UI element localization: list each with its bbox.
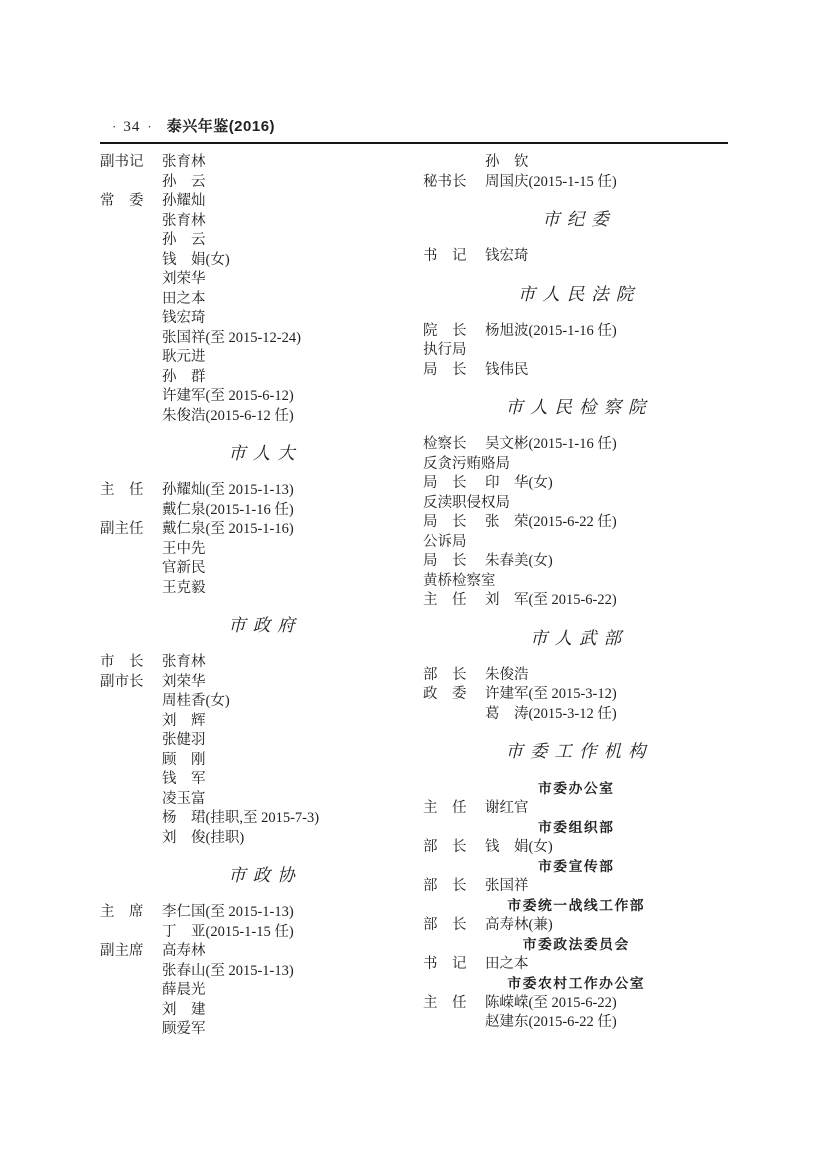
position-label: 政 委	[423, 685, 485, 705]
person-name: 薛晨光	[162, 981, 423, 1001]
officer-row: 副主任戴仁泉(至 2015-1-16)	[100, 520, 423, 540]
page-content: · 34 · 泰兴年鉴(2016) 副书记张育林孙 云常 委孙耀灿张育林孙 云钱…	[100, 117, 728, 1040]
position-label	[100, 173, 162, 193]
officer-row: 杨 珺(挂职,至 2015-7-3)	[100, 809, 423, 829]
officer-row: 孙 云	[100, 173, 423, 193]
officer-row: 钱 娟(女)	[100, 251, 423, 271]
position-label: 常 委	[100, 192, 162, 212]
position-label: 部 长	[423, 877, 485, 897]
person-name: 印 华(女)	[485, 474, 728, 494]
person-name: 钱宏琦	[162, 309, 423, 329]
officer-row: 刘 建	[100, 1001, 423, 1021]
officer-row: 官新民	[100, 559, 423, 579]
officer-row: 张国祥(至 2015-12-24)	[100, 329, 423, 349]
position-label: 副主任	[100, 520, 162, 540]
section-heading: 市政府	[100, 612, 423, 638]
position-label: 局 长	[423, 474, 485, 494]
person-name: 张育林	[162, 653, 423, 673]
position-label	[100, 751, 162, 771]
yearbook-page: · 34 · 泰兴年鉴(2016) 副书记张育林孙 云常 委孙耀灿张育林孙 云钱…	[0, 0, 826, 1169]
person-name: 谢红官	[485, 799, 728, 819]
position-label: 书 记	[423, 247, 485, 267]
position-label	[100, 809, 162, 829]
position-label	[100, 270, 162, 290]
officer-row: 凌玉富	[100, 790, 423, 810]
position-label	[100, 962, 162, 982]
officer-row: 朱俊浩(2015-6-12 任)	[100, 407, 423, 427]
position-label	[100, 501, 162, 521]
person-name: 吴文彬(2015-1-16 任)	[485, 435, 728, 455]
officer-row: 政 委许建军(至 2015-3-12)	[423, 685, 728, 705]
officer-row: 王中先	[100, 540, 423, 560]
person-name: 孙耀灿(至 2015-1-13)	[162, 481, 423, 501]
position-label: 副市长	[100, 673, 162, 693]
officer-row: 钱 军	[100, 770, 423, 790]
position-label	[100, 407, 162, 427]
page-number-dot-right: ·	[140, 117, 158, 137]
position-label	[100, 540, 162, 560]
person-name: 田之本	[162, 290, 423, 310]
officer-row: 主 任孙耀灿(至 2015-1-13)	[100, 481, 423, 501]
org-name-line: 反渎职侵权局	[423, 494, 728, 514]
person-name: 王中先	[162, 540, 423, 560]
position-label	[100, 1001, 162, 1021]
person-name: 刘荣华	[162, 270, 423, 290]
officer-row: 丁 亚(2015-1-15 任)	[100, 923, 423, 943]
officer-row: 赵建东(2015-6-22 任)	[423, 1013, 728, 1033]
person-name: 陈嵘嵘(至 2015-6-22)	[485, 994, 728, 1014]
person-name: 钱宏琦	[485, 247, 728, 267]
officer-row: 书 记钱宏琦	[423, 247, 728, 267]
position-label: 主 席	[100, 903, 162, 923]
person-name: 张国祥	[485, 877, 728, 897]
person-name: 周桂香(女)	[162, 692, 423, 712]
person-name: 许建军(至 2015-3-12)	[485, 685, 728, 705]
org-subheading: 市委组织部	[423, 818, 728, 838]
section-heading: 市人武部	[423, 625, 728, 651]
person-name: 高寿林	[162, 942, 423, 962]
position-label	[100, 829, 162, 849]
person-name: 王克毅	[162, 579, 423, 599]
person-name: 丁 亚(2015-1-15 任)	[162, 923, 423, 943]
position-label	[100, 923, 162, 943]
person-name: 戴仁泉(至 2015-1-16)	[162, 520, 423, 540]
position-label	[100, 692, 162, 712]
person-name: 钱伟民	[485, 361, 728, 381]
position-label	[423, 153, 485, 173]
position-label	[100, 559, 162, 579]
person-name: 朱俊浩	[485, 666, 728, 686]
position-label	[423, 705, 485, 725]
person-name: 赵建东(2015-6-22 任)	[485, 1013, 728, 1033]
officer-row: 局 长朱春美(女)	[423, 552, 728, 572]
officer-row: 孙 云	[100, 231, 423, 251]
position-label	[100, 231, 162, 251]
org-name-line: 黄桥检察室	[423, 572, 728, 592]
person-name: 官新民	[162, 559, 423, 579]
section-heading: 市政协	[100, 862, 423, 888]
page-number: 34	[123, 117, 140, 137]
position-label	[100, 790, 162, 810]
position-label	[100, 770, 162, 790]
officer-row: 周桂香(女)	[100, 692, 423, 712]
person-name: 刘荣华	[162, 673, 423, 693]
person-name: 朱春美(女)	[485, 552, 728, 572]
person-name: 葛 涛(2015-3-12 任)	[485, 705, 728, 725]
position-label: 主 任	[423, 994, 485, 1014]
two-column-body: 副书记张育林孙 云常 委孙耀灿张育林孙 云钱 娟(女)刘荣华田之本钱宏琦张国祥(…	[100, 153, 728, 1040]
org-subheading: 市委农村工作办公室	[423, 974, 728, 994]
position-label: 部 长	[423, 838, 485, 858]
officer-row: 主 任陈嵘嵘(至 2015-6-22)	[423, 994, 728, 1014]
person-name: 顾 刚	[162, 751, 423, 771]
officer-row: 耿元进	[100, 348, 423, 368]
officer-row: 钱宏琦	[100, 309, 423, 329]
person-name: 许建军(至 2015-6-12)	[162, 387, 423, 407]
person-name: 张 荣(2015-6-22 任)	[485, 513, 728, 533]
officer-row: 副市长刘荣华	[100, 673, 423, 693]
position-label: 副书记	[100, 153, 162, 173]
person-name: 钱 军	[162, 770, 423, 790]
person-name: 孙 钦	[485, 153, 728, 173]
position-label	[100, 712, 162, 732]
position-label: 主 任	[423, 799, 485, 819]
left-column: 副书记张育林孙 云常 委孙耀灿张育林孙 云钱 娟(女)刘荣华田之本钱宏琦张国祥(…	[100, 153, 423, 1040]
person-name: 顾爱军	[162, 1020, 423, 1040]
officer-row: 部 长钱 娟(女)	[423, 838, 728, 858]
officer-row: 刘 辉	[100, 712, 423, 732]
person-name: 孙 云	[162, 173, 423, 193]
officer-row: 主 席李仁国(至 2015-1-13)	[100, 903, 423, 923]
officer-row: 葛 涛(2015-3-12 任)	[423, 705, 728, 725]
person-name: 田之本	[485, 955, 728, 975]
person-name: 刘 俊(挂职)	[162, 829, 423, 849]
position-label	[100, 329, 162, 349]
officer-row: 秘书长周国庆(2015-1-15 任)	[423, 173, 728, 193]
officer-row: 院 长杨旭波(2015-1-16 任)	[423, 322, 728, 342]
section-heading: 市人大	[100, 440, 423, 466]
officer-row: 常 委孙耀灿	[100, 192, 423, 212]
org-name-line: 反贪污贿赂局	[423, 455, 728, 475]
position-label	[100, 981, 162, 1001]
person-name: 戴仁泉(2015-1-16 任)	[162, 501, 423, 521]
person-name: 孙 群	[162, 368, 423, 388]
position-label: 局 长	[423, 513, 485, 533]
org-name-line: 执行局	[423, 341, 728, 361]
officer-row: 顾爱军	[100, 1020, 423, 1040]
person-name: 张育林	[162, 212, 423, 232]
officer-row: 书 记田之本	[423, 955, 728, 975]
officer-row: 孙 钦	[423, 153, 728, 173]
position-label: 秘书长	[423, 173, 485, 193]
person-name: 杨 珺(挂职,至 2015-7-3)	[162, 809, 423, 829]
position-label: 副主席	[100, 942, 162, 962]
person-name: 刘 辉	[162, 712, 423, 732]
position-label	[100, 251, 162, 271]
officer-row: 田之本	[100, 290, 423, 310]
officer-row: 市 长张育林	[100, 653, 423, 673]
position-label: 部 长	[423, 666, 485, 686]
position-label	[100, 387, 162, 407]
org-subheading: 市委办公室	[423, 779, 728, 799]
officer-row: 许建军(至 2015-6-12)	[100, 387, 423, 407]
position-label: 主 任	[100, 481, 162, 501]
officer-row: 薛晨光	[100, 981, 423, 1001]
section-heading: 市人民法院	[423, 281, 728, 307]
person-name: 刘 建	[162, 1001, 423, 1021]
org-subheading: 市委政法委员会	[423, 935, 728, 955]
person-name: 钱 娟(女)	[485, 838, 728, 858]
org-subheading: 市委统一战线工作部	[423, 896, 728, 916]
position-label	[100, 348, 162, 368]
officer-row: 局 长钱伟民	[423, 361, 728, 381]
officer-row: 副书记张育林	[100, 153, 423, 173]
officer-row: 部 长张国祥	[423, 877, 728, 897]
position-label: 书 记	[423, 955, 485, 975]
officer-row: 局 长印 华(女)	[423, 474, 728, 494]
person-name: 杨旭波(2015-1-16 任)	[485, 322, 728, 342]
position-label	[100, 309, 162, 329]
position-label: 市 长	[100, 653, 162, 673]
book-title: 泰兴年鉴(2016)	[167, 117, 275, 137]
position-label	[100, 212, 162, 232]
officer-row: 刘 俊(挂职)	[100, 829, 423, 849]
officer-row: 部 长高寿林(兼)	[423, 916, 728, 936]
position-label: 局 长	[423, 361, 485, 381]
position-label	[100, 731, 162, 751]
officer-row: 主 任刘 军(至 2015-6-22)	[423, 591, 728, 611]
person-name: 耿元进	[162, 348, 423, 368]
position-label: 局 长	[423, 552, 485, 572]
person-name: 孙耀灿	[162, 192, 423, 212]
officer-row: 孙 群	[100, 368, 423, 388]
person-name: 钱 娟(女)	[162, 251, 423, 271]
running-header: · 34 · 泰兴年鉴(2016)	[100, 117, 728, 137]
org-name-line: 公诉局	[423, 533, 728, 553]
officer-row: 部 长朱俊浩	[423, 666, 728, 686]
position-label: 院 长	[423, 322, 485, 342]
officer-row: 顾 刚	[100, 751, 423, 771]
position-label: 部 长	[423, 916, 485, 936]
person-name: 周国庆(2015-1-15 任)	[485, 173, 728, 193]
position-label: 检察长	[423, 435, 485, 455]
right-column: 孙 钦秘书长周国庆(2015-1-15 任)市纪委书 记钱宏琦市人民法院院 长杨…	[423, 153, 728, 1040]
person-name: 李仁国(至 2015-1-13)	[162, 903, 423, 923]
officer-row: 张春山(至 2015-1-13)	[100, 962, 423, 982]
position-label	[100, 368, 162, 388]
officer-row: 张育林	[100, 212, 423, 232]
officer-row: 刘荣华	[100, 270, 423, 290]
position-label	[100, 579, 162, 599]
section-heading: 市人民检察院	[423, 394, 728, 420]
person-name: 张育林	[162, 153, 423, 173]
person-name: 高寿林(兼)	[485, 916, 728, 936]
officer-row: 检察长吴文彬(2015-1-16 任)	[423, 435, 728, 455]
officer-row: 局 长张 荣(2015-6-22 任)	[423, 513, 728, 533]
officer-row: 主 任谢红官	[423, 799, 728, 819]
officer-row: 戴仁泉(2015-1-16 任)	[100, 501, 423, 521]
section-heading: 市纪委	[423, 206, 728, 232]
person-name: 刘 军(至 2015-6-22)	[485, 591, 728, 611]
org-subheading: 市委宣传部	[423, 857, 728, 877]
person-name: 朱俊浩(2015-6-12 任)	[162, 407, 423, 427]
officer-row: 副主席高寿林	[100, 942, 423, 962]
person-name: 张国祥(至 2015-12-24)	[162, 329, 423, 349]
person-name: 张春山(至 2015-1-13)	[162, 962, 423, 982]
person-name: 凌玉富	[162, 790, 423, 810]
officer-row: 张健羽	[100, 731, 423, 751]
position-label	[423, 1013, 485, 1033]
position-label	[100, 1020, 162, 1040]
page-number-dot-left: ·	[105, 117, 123, 137]
person-name: 张健羽	[162, 731, 423, 751]
position-label: 主 任	[423, 591, 485, 611]
position-label	[100, 290, 162, 310]
header-rule	[100, 142, 728, 144]
person-name: 孙 云	[162, 231, 423, 251]
officer-row: 王克毅	[100, 579, 423, 599]
section-heading: 市委工作机构	[423, 738, 728, 764]
